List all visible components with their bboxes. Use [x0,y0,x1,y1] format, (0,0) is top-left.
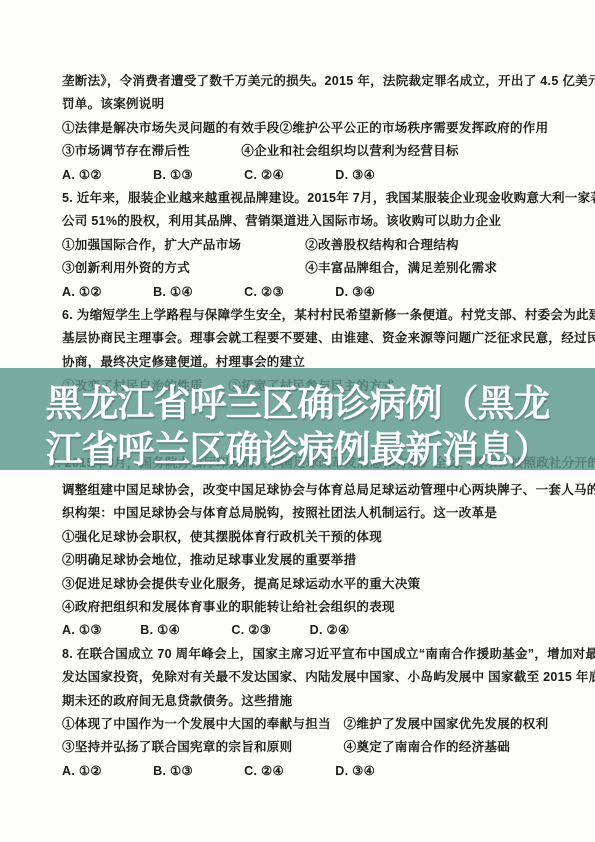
document-line: ①加强国际合作，扩大产品市场 ②改善股权结构和合理结构 [62,234,581,257]
answer-options-row: A. ①③ B. ①④ C. ②③ D. ②④ [62,619,581,642]
document-line: ①法律是解决市场失灵问题的有效手段②维护公平公正的市场秩序需要发挥政府的作用 [62,117,581,140]
document-line: 发达国家投资，免除对有关最不发达国家、内陆发展中国家、小岛屿发展中 国家截至 2… [62,666,581,689]
document-line: ③创新利用外资的方式 ④丰富品牌组合，满足差别化需求 [62,257,581,280]
banner-title-line-2: 江省呼兰区确诊病例最新消息） [0,419,595,473]
document-line: 织构架：中国足球协会与体育总局脱钩，按照社团法人机制运行。这一改革是 [62,502,581,525]
answer-options-row: A. ①② B. ①③ C. ②④ D. ③④ [62,164,581,187]
title-banner: ①改变了村民自治的性质 ②拓宽了村民参与民主的方式 7. 2015年3月，国务院… [0,368,595,470]
document-line: 垄断法》，令消费者遭受了数千万美元的损失。2015 年，法院裁定罪名成立，开出了… [62,70,581,93]
document-line: ①体现了中国作为一个发展中大国的奉献与担当 ②维护了发展中国家优先发展的权利 [62,713,581,736]
document-line: ①强化足球协会职权，使其摆脱体育行政机关干预的体现 [62,526,581,549]
document-line: 6. 为缩短学生上学路程与保障学生安全，某村村民希望新修一条便道。村党支部、村委… [62,304,581,327]
document-line: 公司 51%的股权，利用其品牌、营销渠道进入国际市场。该收购可以助力企业 [62,210,581,233]
document-line: 基层协商民主理事会。理事会就工程要不要建、由谁建、资金来源等问题广泛征求民意，经… [62,327,581,350]
document-lower-section: 调整组建中国足球协会，改变中国足球协会与体育总局足球运动管理中心两块牌子、一套人… [62,479,581,783]
document-line: ③市场调节存在滞后性 ④企业和社会组织均以营利为经营目标 [62,140,581,163]
document-line: 8. 在联合国成立 70 周年峰会上，国家主席习近平宣布中国成立“南南合作援助基… [62,643,581,666]
answer-options-row: A. ①② B. ①④ C. ②③ D. ③④ [62,281,581,304]
document-line: ③坚持并弘扬了联合国宪章的宗旨和原则 ④奠定了南南合作的经济基础 [62,736,581,759]
document-line: 5. 近年来，服装企业越来越重视品牌建设。2015年 7月，我国某服装企业现金收… [62,187,581,210]
document-line: 罚单。该案例说明 [62,93,581,116]
answer-options-row: A. ①② B. ①③ C. ②④ D. ③④ [62,760,581,783]
document-upper-section: 垄断法》，令消费者遭受了数千万美元的损失。2015 年，法院裁定罪名成立，开出了… [62,70,581,374]
document-line: ③促进足球协会提供专业化服务，提高足球运动水平的重大决策 [62,573,581,596]
document-line: 调整组建中国足球协会，改变中国足球协会与体育总局足球运动管理中心两块牌子、一套人… [62,479,581,502]
document-line: ④政府把组织和发展体育事业的职能转让给社会组织的表现 [62,596,581,619]
exam-document-page: 垄断法》，令消费者遭受了数千万美元的损失。2015 年，法院裁定罪名成立，开出了… [0,0,595,842]
document-line: ②明确足球协会地位，推动足球事业发展的重要举措 [62,549,581,572]
document-line: 期未还的政府间无息贷款债务。这些措施 [62,690,581,713]
